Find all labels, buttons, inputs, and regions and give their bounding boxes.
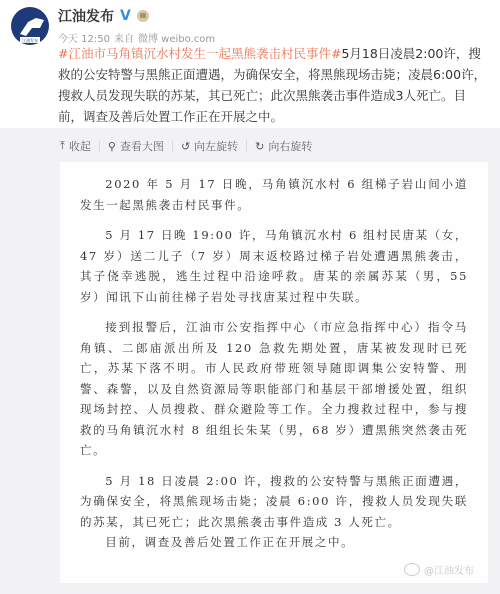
avatar[interactable]: 江油发布 [10,6,50,46]
rotate-right-label: 向右旋转 [268,138,312,154]
doc-paragraph: 接到报警后，江油市公安指挥中心（市应急指挥中心）指令马角镇、二郎庙派出所及 12… [60,317,488,461]
author-name[interactable]: 江油发布 [58,6,114,26]
avatar-logo-icon: 江油发布 [10,6,50,46]
rotate-left-label: 向左旋转 [194,138,238,154]
weibo-logo-icon [404,563,420,576]
collapse-label: 收起 [69,138,91,154]
post-header: 江油发布 江油发布 V 今天 12:50 来自 微博 weibo.com #江油… [0,0,500,128]
rotate-left-icon: ↺ [181,140,190,153]
member-crown-icon [137,10,149,22]
rotate-right-button[interactable]: ↻ 向右旋转 [247,138,320,154]
doc-paragraph: 5 月 18 日凌晨 2:00 许，搜救的公安特警与黑熊正面遭遇，为确保安全，将… [60,471,488,533]
author-row: 江油发布 V [58,6,149,26]
svg-text:江油发布: 江油发布 [22,37,38,43]
watermark-text: @江油发布 [424,562,474,577]
verified-icon: V [120,8,131,24]
magnify-icon: ⚲ [108,140,116,153]
doc-paragraph: 5 月 17 日晚 19:00 许，马角镇沉水村 6 组村民唐某（女，47 岁）… [60,225,488,307]
collapse-button[interactable]: ⤒ 收起 [60,138,99,154]
collapse-icon: ⤒ [60,139,65,153]
rotate-left-button[interactable]: ↺ 向左旋转 [173,138,246,154]
view-large-label: 查看大图 [120,138,164,154]
doc-paragraph: 目前，调查及善后处置工作正在开展之中。 [60,532,488,553]
post-text: #江油市马角镇沉水村发生一起黑熊袭击村民事件#5月18日凌晨2:00许，搜救的公… [58,43,488,127]
hashtag-link[interactable]: #江油市马角镇沉水村发生一起黑熊袭击村民事件# [58,46,341,61]
image-viewer: ⤒ 收起 ⚲ 查看大图 ↺ 向左旋转 ↻ 向右旋转 2020 年 5 月 17 … [0,128,500,594]
document-image[interactable]: 2020 年 5 月 17 日晚，马角镇沉水村 6 组梯子岩山间小道发生一起黑熊… [60,162,488,583]
weibo-watermark: @江油发布 [404,562,474,577]
view-large-button[interactable]: ⚲ 查看大图 [100,138,172,154]
doc-paragraph: 2020 年 5 月 17 日晚，马角镇沉水村 6 组梯子岩山间小道发生一起黑熊… [60,174,488,215]
rotate-right-icon: ↻ [255,140,264,153]
image-toolbar: ⤒ 收起 ⚲ 查看大图 ↺ 向左旋转 ↻ 向右旋转 [60,136,320,156]
